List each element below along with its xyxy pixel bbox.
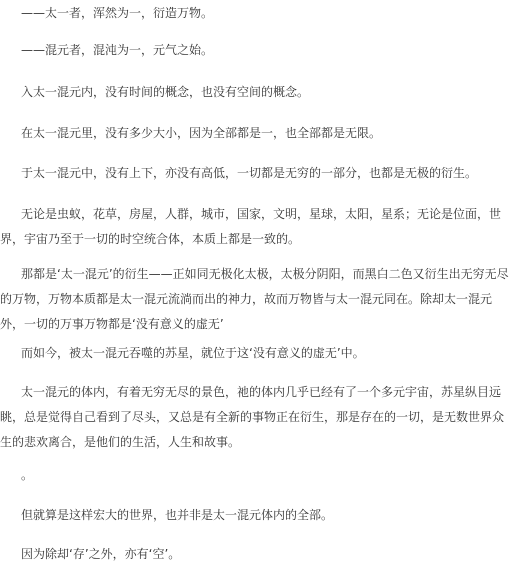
paragraph-11: 但就算是这样宏大的世界，也并非是太一混元体内的全部。 bbox=[0, 503, 513, 528]
paragraph-9: 太一混元的体内，有着无穷无尽的景色，祂的体内几乎已经有了一个多元宇宙，苏星纵目远… bbox=[0, 380, 513, 455]
paragraph-4: 在太一混元里，没有多少大小，因为全部都是一，也全部都是无限。 bbox=[0, 121, 513, 146]
paragraph-5: 于太一混元中，没有上下，亦没有高低，一切都是无穷的一部分，也都是无极的衍生。 bbox=[0, 161, 513, 186]
paragraph-12: 因为除却‘存’之外，亦有‘空’。 bbox=[0, 542, 513, 564]
paragraph-2: ——混元者，混沌为一，元气之始。 bbox=[0, 38, 513, 63]
paragraph-7: 那都是‘太一混元’的衍生——正如同无极化太极，太极分阴阳，而黑白二色又衍生出无穷… bbox=[0, 262, 513, 337]
paragraph-10: 。 bbox=[0, 463, 513, 488]
paragraph-8: 而如今，被太一混元吞噬的苏星，就位于这‘没有意义的虚无’中。 bbox=[0, 341, 513, 366]
article-body: ——太一者，浑然为一，衍造万物。 ——混元者，混沌为一，元气之始。 入太一混元内… bbox=[0, 0, 523, 564]
paragraph-3: 入太一混元内，没有时间的概念，也没有空间的概念。 bbox=[0, 80, 513, 105]
paragraph-6: 无论是虫蚁，花草，房屋，人群，城市，国家，文明，星球，太阳，星系；无论是位面，世… bbox=[0, 202, 513, 252]
paragraph-1: ——太一者，浑然为一，衍造万物。 bbox=[0, 1, 513, 26]
